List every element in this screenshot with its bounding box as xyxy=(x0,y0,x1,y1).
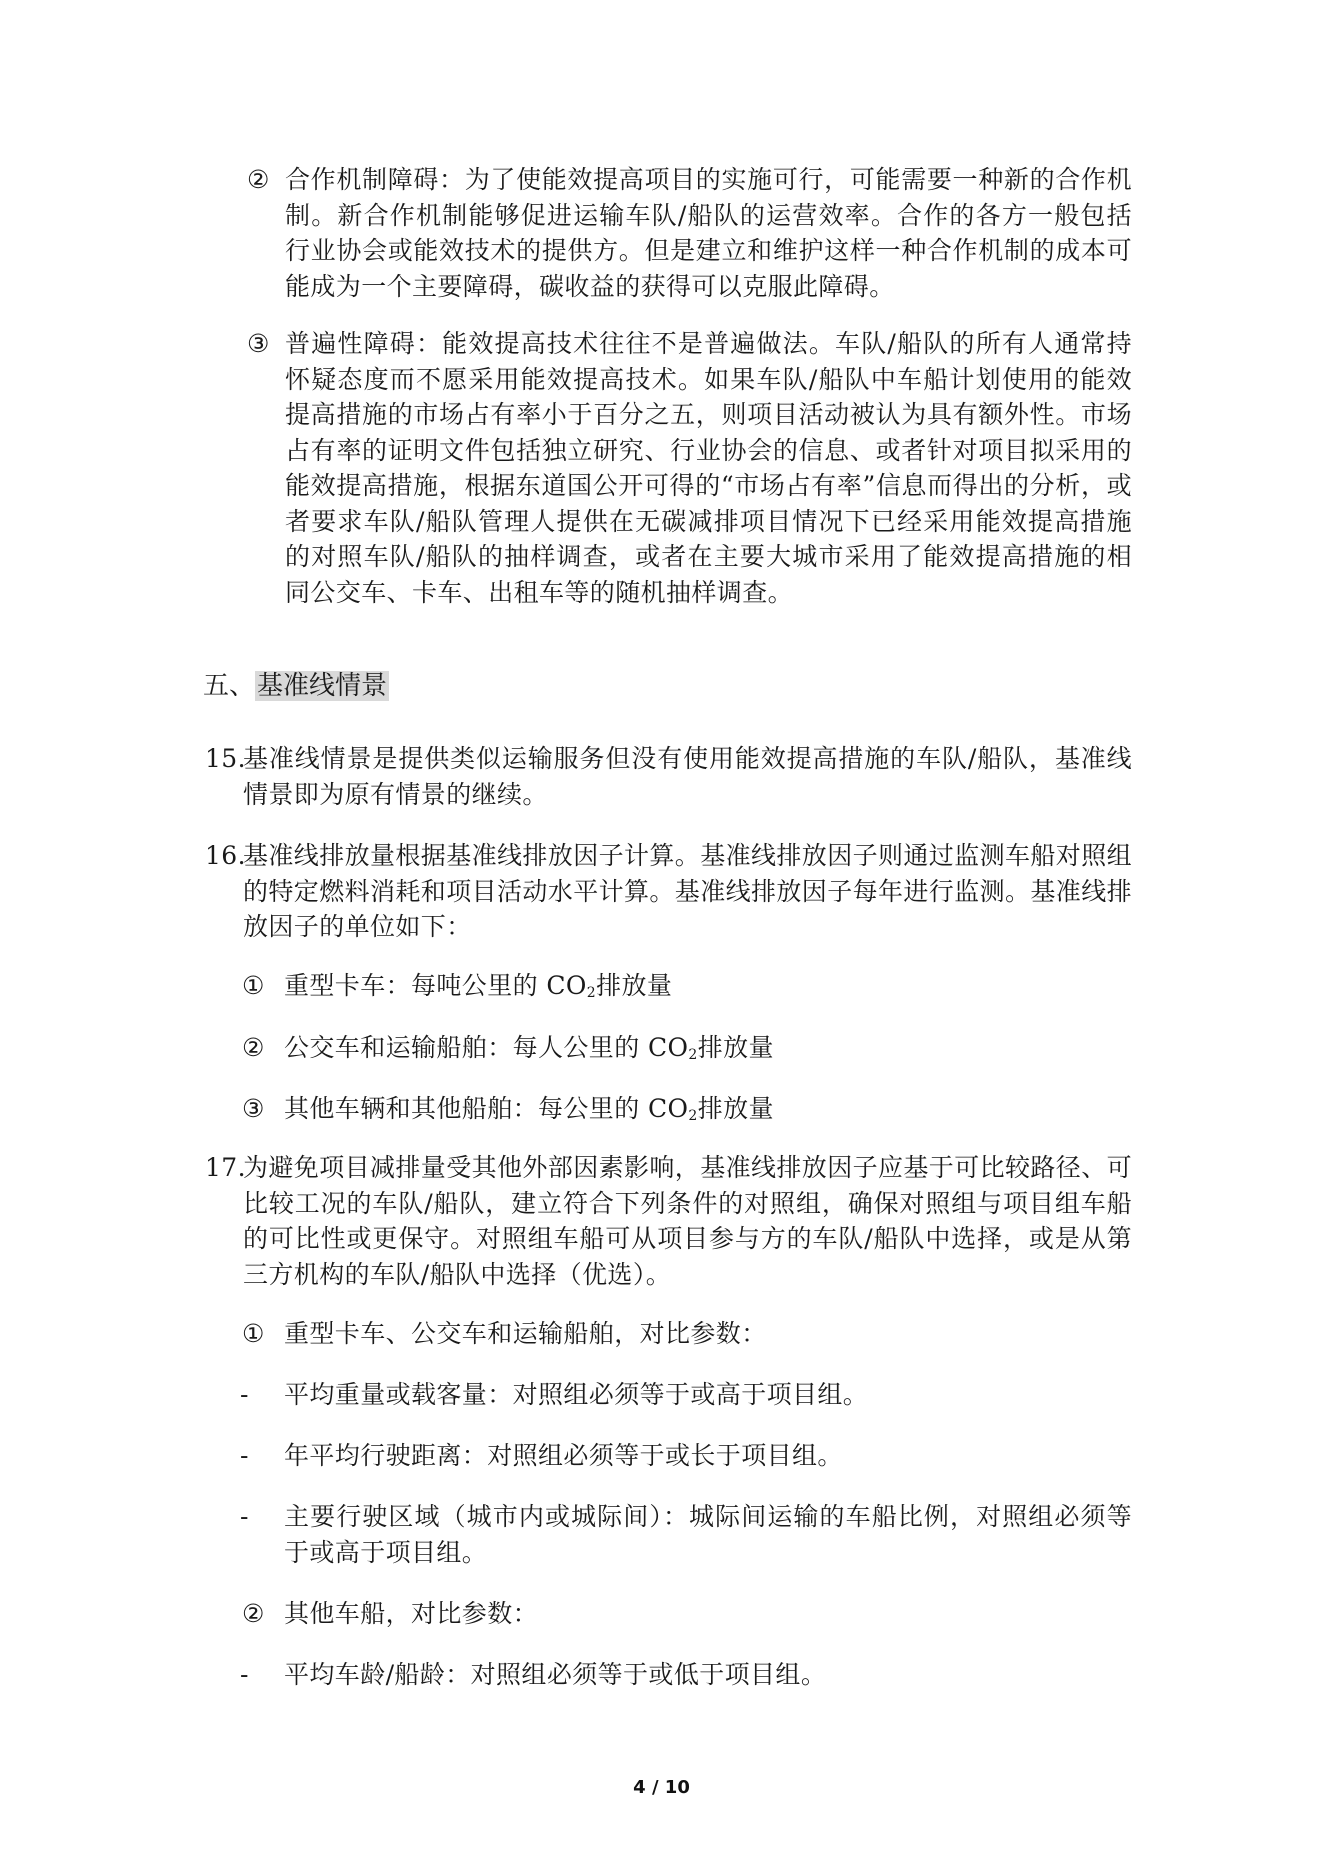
barrier-text: 合作机制障碍：为了使能效提高项目的实施可行，可能需要一种新的合作机制。新合作机制… xyxy=(285,162,1132,304)
section-title: 基准线情景 xyxy=(255,671,389,701)
barrier-text: 普遍性障碍：能效提高技术往往不是普遍做法。车队/船队的所有人通常持怀疑态度而不愿… xyxy=(285,326,1132,610)
clause-number: 17. xyxy=(205,1150,243,1292)
barrier-item-prevalence: ③ 普遍性障碍：能效提高技术往往不是普遍做法。车队/船队的所有人通常持怀疑态度而… xyxy=(247,326,1132,610)
unit-text: 公交车和运输船舶：每人公里的 CO xyxy=(284,1033,688,1062)
clause-15: 15. 基准线情景是提供类似运输服务但没有使用能效提高措施的车队/船队，基准线情… xyxy=(205,741,1132,812)
dash-marker: - xyxy=(240,1377,284,1413)
bullet-text: 平均车龄/船龄：对照组必须等于或低于项目组。 xyxy=(284,1657,1132,1693)
list-marker: ② xyxy=(242,1596,284,1632)
subscript: 2 xyxy=(688,1108,697,1124)
unit-item-heavy-truck: ① 重型卡车：每吨公里的 CO2排放量 xyxy=(242,968,1122,1004)
list-marker: ③ xyxy=(247,326,285,610)
bullet-item: - 主要行驶区域（城市内或城际间）：城际间运输的车船比例，对照组必须等于或高于项… xyxy=(240,1499,1132,1570)
bullet-item: - 平均重量或载客量：对照组必须等于或高于项目组。 xyxy=(240,1377,1132,1413)
unit-text-suffix: 排放量 xyxy=(596,971,672,1000)
bullet-text: 主要行驶区域（城市内或城际间）：城际间运输的车船比例，对照组必须等于或高于项目组… xyxy=(284,1499,1132,1570)
dash-marker: - xyxy=(240,1438,284,1474)
clause-text: 基准线排放量根据基准线排放因子计算。基准线排放因子则通过监测车船对照组的特定燃料… xyxy=(243,838,1132,945)
list-marker: ② xyxy=(247,162,285,304)
subscript: 2 xyxy=(688,1047,697,1063)
unit-text: 重型卡车：每吨公里的 CO xyxy=(284,971,587,1000)
dash-marker: - xyxy=(240,1657,284,1693)
bullet-text: 平均重量或载客量：对照组必须等于或高于项目组。 xyxy=(284,1377,1132,1413)
clause-text: 基准线情景是提供类似运输服务但没有使用能效提高措施的车队/船队，基准线情景即为原… xyxy=(243,741,1132,812)
group-title: 其他车船，对比参数： xyxy=(284,1596,1122,1632)
unit-item-other: ③ 其他车辆和其他船舶：每公里的 CO2排放量 xyxy=(242,1091,1122,1127)
clause-number: 16. xyxy=(205,838,243,945)
subscript: 2 xyxy=(587,985,596,1001)
unit-text-suffix: 排放量 xyxy=(698,1033,774,1062)
section-number: 五、 xyxy=(203,671,255,701)
barrier-item-cooperation: ② 合作机制障碍：为了使能效提高项目的实施可行，可能需要一种新的合作机制。新合作… xyxy=(247,162,1132,304)
unit-item-bus-ship: ② 公交车和运输船舶：每人公里的 CO2排放量 xyxy=(242,1030,1122,1066)
list-marker: ① xyxy=(242,1316,284,1352)
list-marker: ① xyxy=(242,968,284,1004)
clause-17: 17. 为避免项目减排量受其他外部因素影响，基准线排放因子应基于可比较路径、可比… xyxy=(205,1150,1132,1292)
comparison-group-1-title: ① 重型卡车、公交车和运输船舶，对比参数： xyxy=(242,1316,1122,1352)
document-page: ② 合作机制障碍：为了使能效提高项目的实施可行，可能需要一种新的合作机制。新合作… xyxy=(0,0,1323,1871)
bullet-item: - 平均车龄/船龄：对照组必须等于或低于项目组。 xyxy=(240,1657,1132,1693)
clause-number: 15. xyxy=(205,741,243,812)
bullet-item: - 年平均行驶距离：对照组必须等于或长于项目组。 xyxy=(240,1438,1132,1474)
clause-16: 16. 基准线排放量根据基准线排放因子计算。基准线排放因子则通过监测车船对照组的… xyxy=(205,838,1132,945)
unit-text: 其他车辆和其他船舶：每公里的 CO xyxy=(284,1094,688,1123)
group-title: 重型卡车、公交车和运输船舶，对比参数： xyxy=(284,1316,1122,1352)
section-heading: 五、基准线情景 xyxy=(203,668,389,704)
dash-marker: - xyxy=(240,1499,284,1570)
comparison-group-2-title: ② 其他车船，对比参数： xyxy=(242,1596,1122,1632)
bullet-text: 年平均行驶距离：对照组必须等于或长于项目组。 xyxy=(284,1438,1132,1474)
clause-text: 为避免项目减排量受其他外部因素影响，基准线排放因子应基于可比较路径、可比较工况的… xyxy=(243,1150,1132,1292)
unit-text-suffix: 排放量 xyxy=(698,1094,774,1123)
page-number: 4 / 10 xyxy=(0,1777,1323,1798)
list-marker: ③ xyxy=(242,1091,284,1127)
list-marker: ② xyxy=(242,1030,284,1066)
